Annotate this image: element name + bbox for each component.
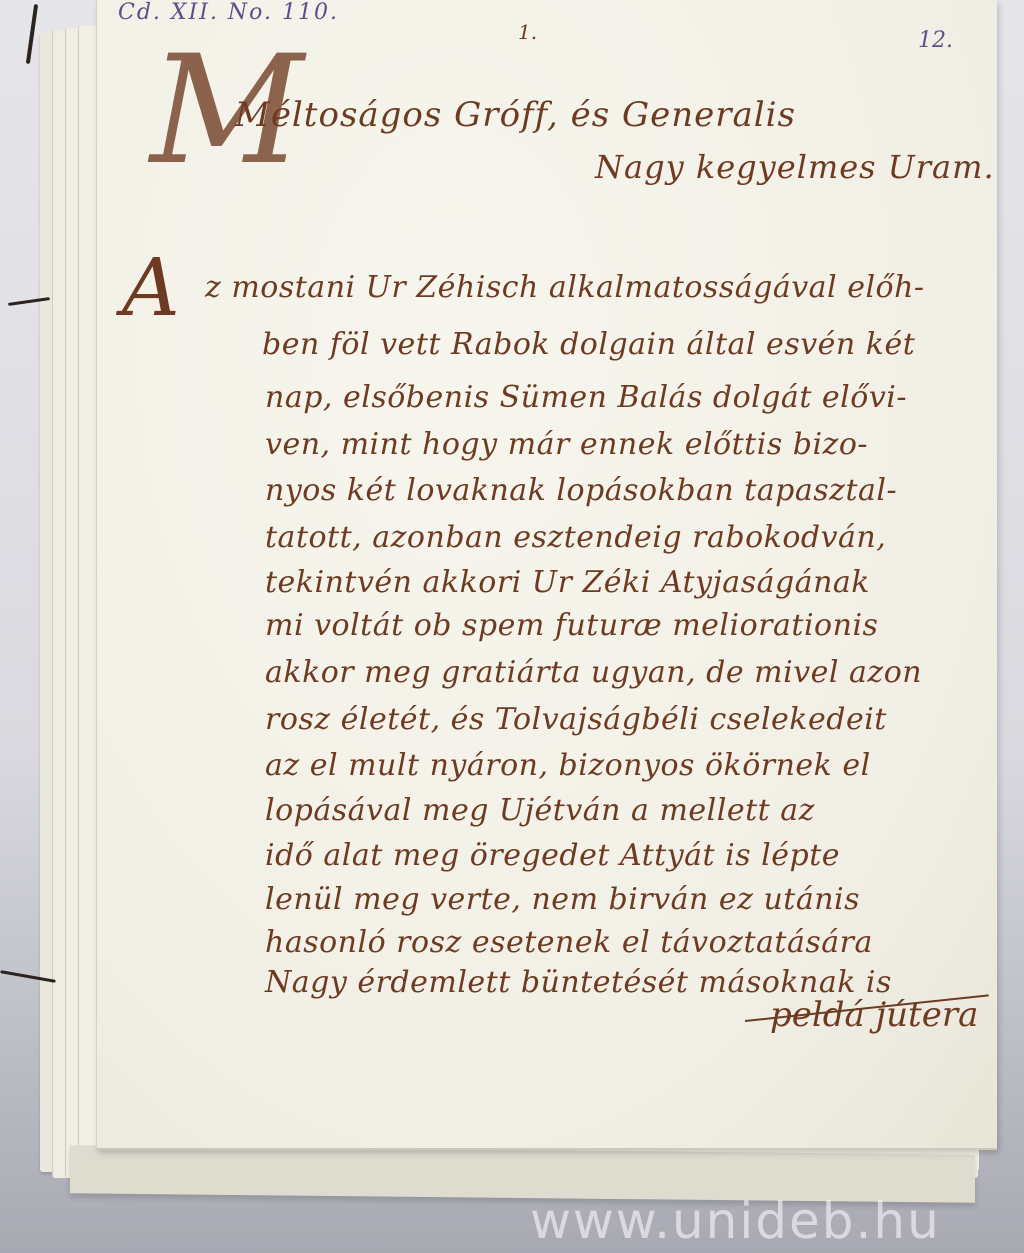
body-line: nap, elsőbenis Sümen Balás dolgát elővi-: [265, 380, 907, 415]
archival-reference: Cd. XII. No. 110.: [118, 0, 339, 25]
body-line: ven, mint hogy már ennek előttis bizo-: [265, 427, 868, 462]
folio-mark: 1.: [518, 20, 537, 44]
body-line: hasonló rosz esetenek el távoztatására: [265, 925, 873, 960]
body-line: ben föl vett Rabok dolgain által esvén k…: [262, 327, 915, 362]
body-line: idő alat meg öregedet Attyát is lépte: [265, 838, 840, 873]
body-line: z mostani Ur Zéhisch alkalmatosságával e…: [205, 270, 925, 305]
body-line: lenül meg verte, nem birván ez utánis: [265, 882, 860, 917]
body-line: tatott, azonban esztendeig rabokodván,: [265, 520, 886, 555]
body-line: akkor meg gratiárta ugyan, de mivel azon: [265, 655, 922, 690]
body-line: lopásával meg Ujétván a mellett az: [265, 793, 815, 828]
body-line: nyos két lovaknak lopásokban tapasztal-: [265, 473, 897, 508]
salutation-line-2: Nagy kegyelmes Uram.: [595, 148, 995, 186]
body-line: mi voltát ob spem futuræ meliorationis: [265, 608, 878, 643]
page-number: 12.: [918, 28, 953, 53]
body-initial-a: A: [122, 248, 180, 328]
body-line: rosz életét, és Tolvajságbéli cselekedei…: [265, 702, 887, 737]
body-line: tekintvén akkori Ur Zéki Atyjaságának: [265, 565, 870, 600]
binding-thread: [26, 4, 38, 64]
salutation-line-1: Méltoságos Gróff, és Generalis: [235, 95, 796, 135]
body-line: az el mult nyáron, bizonyos ökörnek el: [265, 748, 871, 783]
watermark: www.unideb.hu: [530, 1192, 941, 1250]
